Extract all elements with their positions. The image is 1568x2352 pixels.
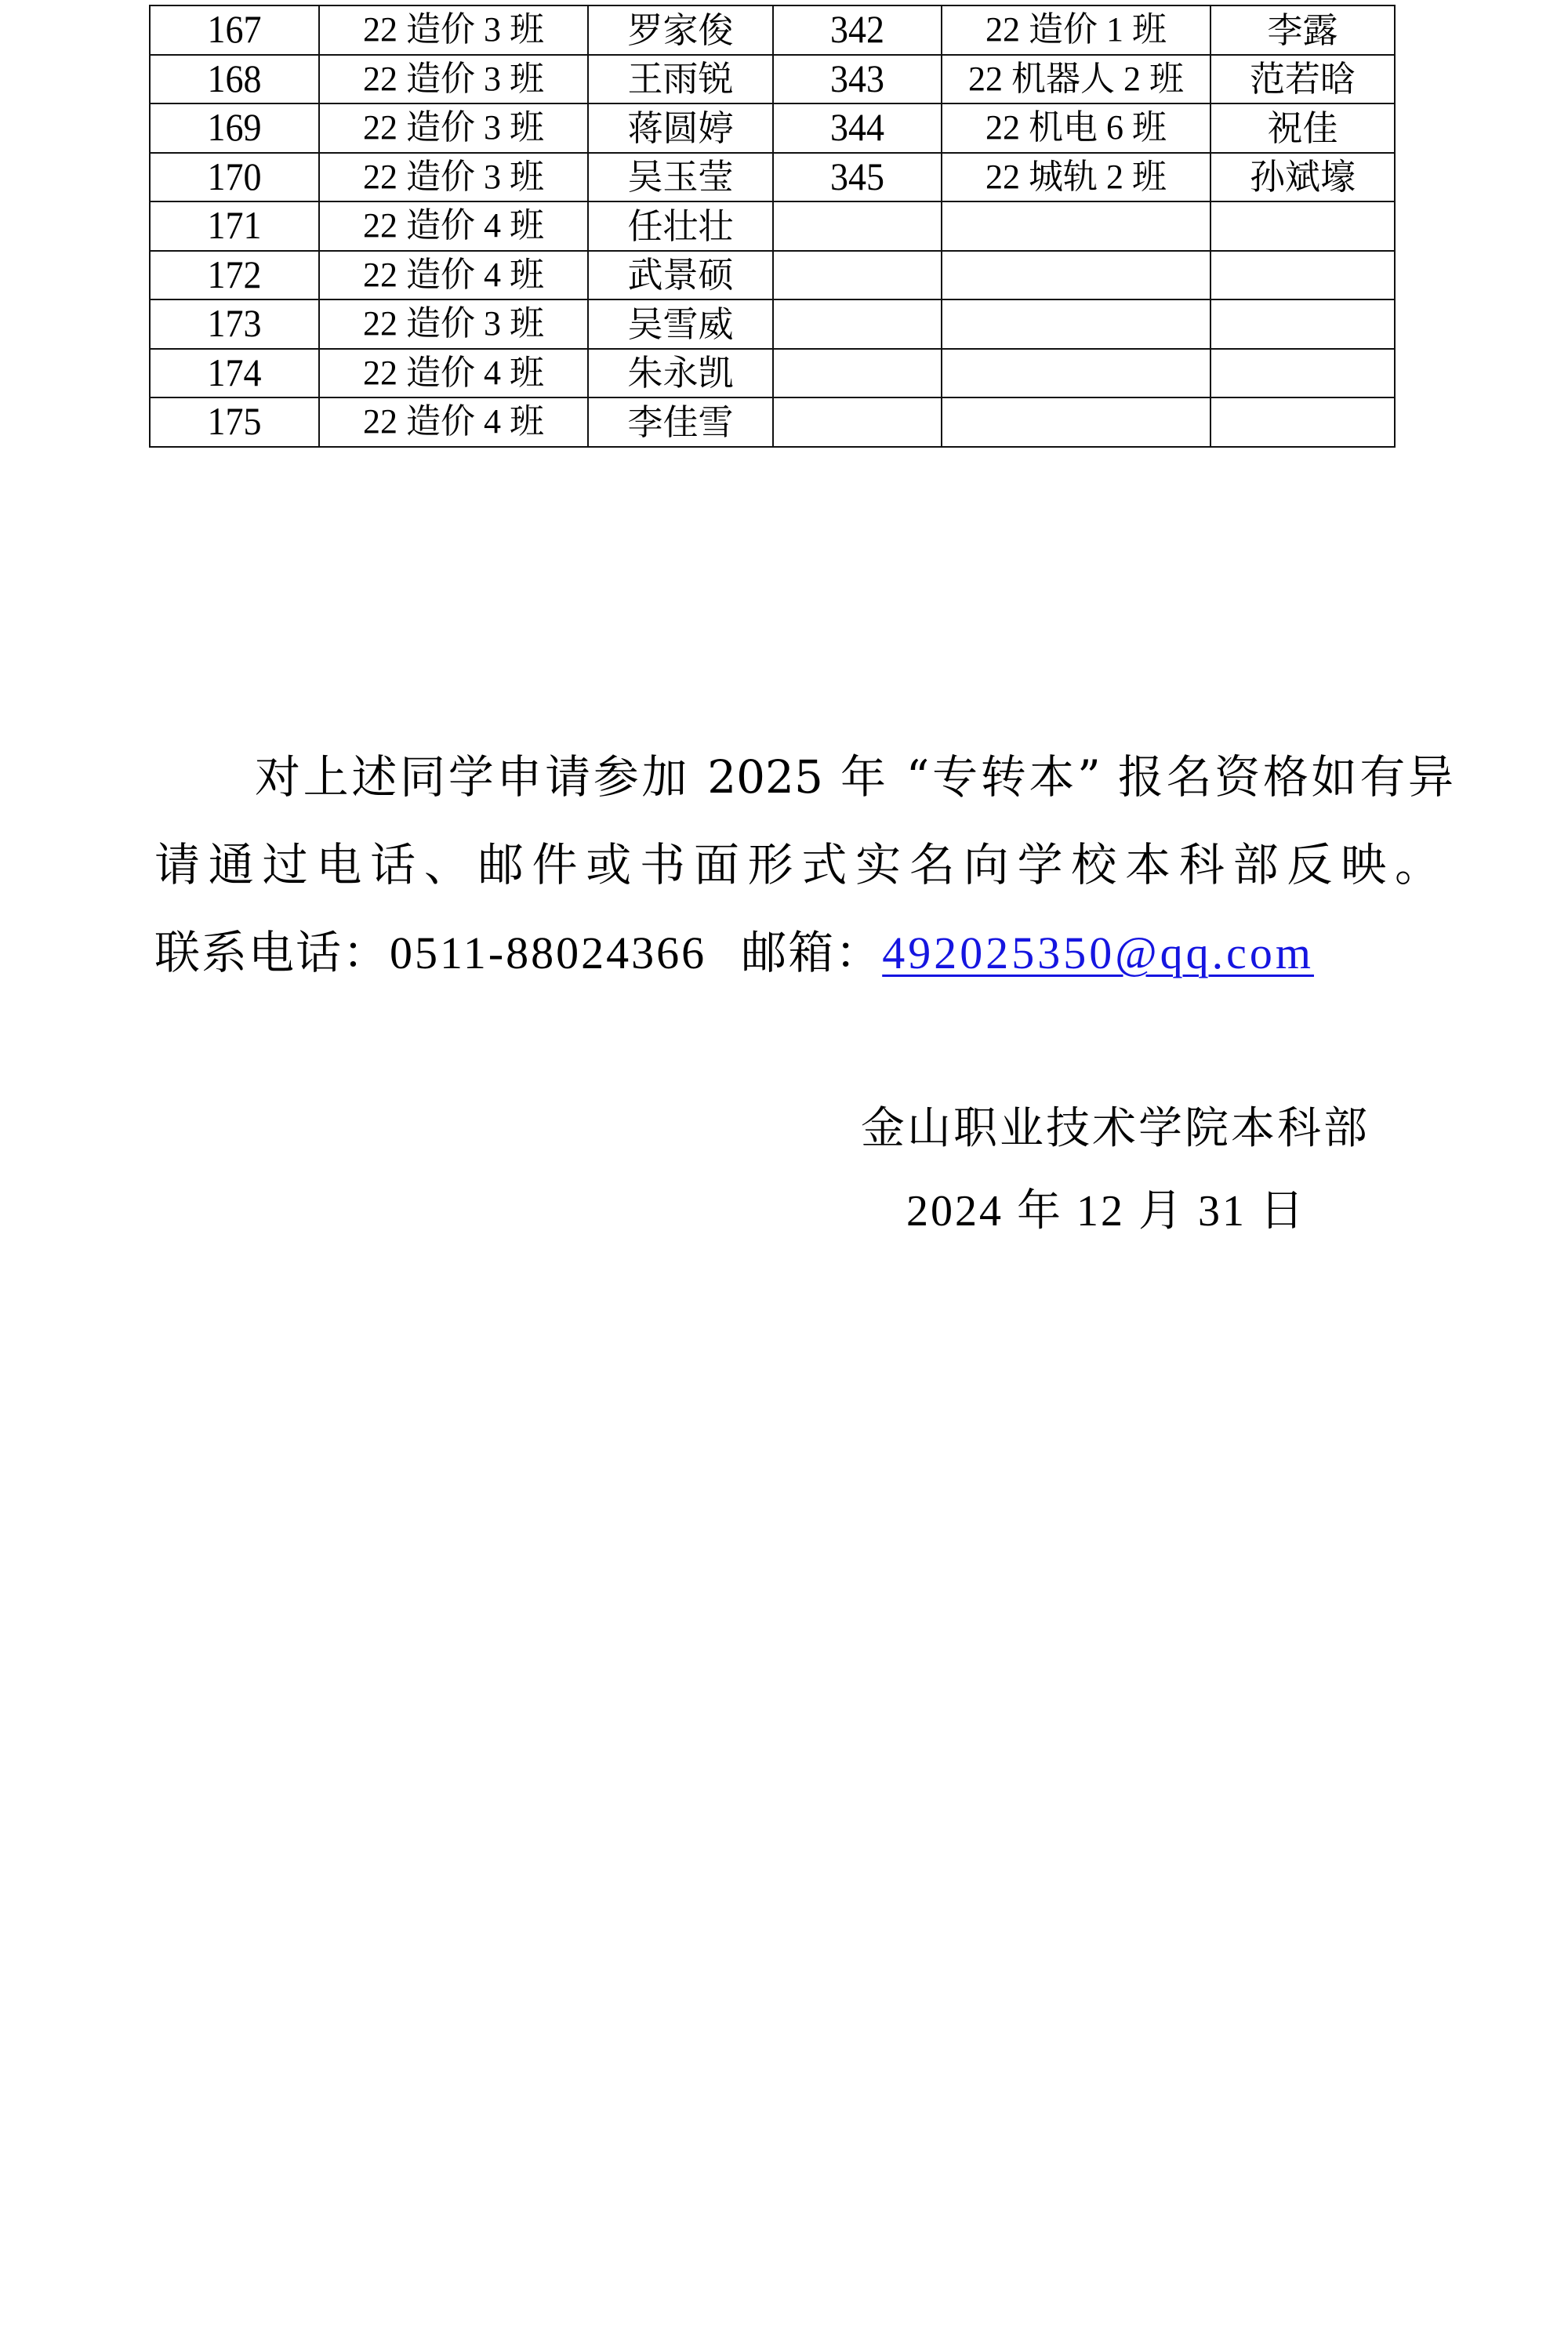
cell-left-number: 173 [150,299,319,349]
notice-line-2: 请通过电话、邮件或书面形式实名向学校本科部反映。 [154,837,1440,892]
cell-text: 吴玉莹 [627,156,733,198]
cell-text: 22 机器人 2 班 [968,60,1184,98]
cell-right-number [773,201,942,251]
cell-right-number: 342 [773,5,942,55]
cell-text: 343 [830,60,884,99]
signature-date-text: 2024 年 12 月 31 日 [906,1187,1306,1236]
cell-left-class: 22 造价 4 班 [319,201,588,251]
signature-date: 2024 年 12 月 31 日 [906,1184,1306,1239]
cell-left-number: 167 [150,5,319,55]
cell-right-class [942,349,1210,398]
cell-right-class [942,397,1210,447]
contact-line: 联系电话：0511-88024366邮箱：492025350@qq.com [154,925,1314,981]
table-row: 17422 造价 4 班朱永凯 [150,349,1395,398]
cell-left-name: 吴雪威 [588,299,773,349]
roster-body: 16722 造价 3 班罗家俊34222 造价 1 班李露16822 造价 3 … [150,5,1395,447]
cell-text: 罗家俊 [627,9,733,51]
cell-text: 吴雪威 [627,303,733,345]
cell-left-number: 172 [150,251,319,300]
cell-text: 22 造价 3 班 [363,10,544,49]
cell-left-class: 22 造价 3 班 [319,103,588,153]
email-label: 邮箱： [741,926,882,979]
cell-text: 175 [208,402,262,441]
cell-left-number: 168 [150,55,319,104]
cell-right-class: 22 机电 6 班 [942,103,1210,153]
cell-text: 王雨锐 [627,58,733,100]
cell-text: 22 造价 3 班 [363,60,544,98]
cell-left-number: 171 [150,201,319,251]
cell-right-number: 344 [773,103,942,153]
phone-number: 0511-88024366 [390,927,706,978]
table-row: 16722 造价 3 班罗家俊34222 造价 1 班李露 [150,5,1395,55]
cell-text: 172 [208,256,262,295]
cell-right-name [1210,397,1395,447]
cell-left-name: 王雨锐 [588,55,773,104]
cell-text: 22 造价 1 班 [985,10,1167,49]
table-row: 17222 造价 4 班武景硕 [150,251,1395,300]
cell-left-class: 22 造价 3 班 [319,55,588,104]
cell-right-class [942,251,1210,300]
cell-left-number: 174 [150,349,319,398]
cell-right-class [942,201,1210,251]
cell-text: 李佳雪 [627,401,733,443]
cell-left-name: 罗家俊 [588,5,773,55]
cell-right-name [1210,349,1395,398]
cell-text: 朱永凯 [627,352,733,394]
cell-right-name [1210,251,1395,300]
roster-table: 16722 造价 3 班罗家俊34222 造价 1 班李露16822 造价 3 … [149,5,1396,448]
cell-right-number [773,397,942,447]
cell-left-number: 170 [150,153,319,202]
cell-left-class: 22 造价 4 班 [319,397,588,447]
table-row: 17522 造价 4 班李佳雪 [150,397,1395,447]
table-row: 16822 造价 3 班王雨锐34322 机器人 2 班范若晗 [150,55,1395,104]
cell-text: 范若晗 [1250,58,1356,100]
phone-label: 联系电话： [154,926,390,979]
cell-text: 22 机电 6 班 [985,108,1167,147]
cell-right-class [942,299,1210,349]
cell-right-class: 22 城轨 2 班 [942,153,1210,202]
cell-right-number: 343 [773,55,942,104]
cell-text: 22 造价 3 班 [363,108,544,147]
cell-left-class: 22 造价 3 班 [319,5,588,55]
email-link[interactable]: 492025350@qq.com [882,927,1314,978]
cell-text: 342 [830,10,884,49]
cell-text: 170 [208,158,262,197]
cell-text: 任壮壮 [627,205,733,247]
cell-right-name: 范若晗 [1210,55,1395,104]
cell-text: 174 [208,354,262,393]
cell-left-class: 22 造价 3 班 [319,153,588,202]
cell-right-name: 祝佳 [1210,103,1395,153]
cell-left-class: 22 造价 3 班 [319,299,588,349]
cell-left-number: 175 [150,397,319,447]
cell-text: 173 [208,304,262,343]
cell-text: 171 [208,206,262,245]
table-row: 16922 造价 3 班蒋圆婷34422 机电 6 班祝佳 [150,103,1395,153]
cell-text: 22 造价 3 班 [363,158,544,196]
cell-text: 344 [830,108,884,147]
cell-text: 169 [208,108,262,147]
cell-right-number [773,299,942,349]
cell-text: 22 造价 4 班 [363,206,544,245]
cell-left-class: 22 造价 4 班 [319,349,588,398]
cell-text: 168 [208,60,262,99]
table-row: 17322 造价 3 班吴雪威 [150,299,1395,349]
cell-right-class: 22 机器人 2 班 [942,55,1210,104]
cell-left-name: 蒋圆婷 [588,103,773,153]
cell-right-name [1210,299,1395,349]
cell-right-number: 345 [773,153,942,202]
cell-left-name: 武景硕 [588,251,773,300]
cell-left-class: 22 造价 4 班 [319,251,588,300]
cell-text: 孙斌壕 [1250,156,1356,198]
cell-text: 22 城轨 2 班 [985,158,1167,196]
table-row: 17022 造价 3 班吴玉莹34522 城轨 2 班孙斌壕 [150,153,1395,202]
cell-text: 22 造价 4 班 [363,354,544,392]
cell-text: 22 造价 4 班 [363,402,544,441]
cell-text: 蒋圆婷 [627,107,733,149]
table-row: 17122 造价 4 班任壮壮 [150,201,1395,251]
cell-right-name [1210,201,1395,251]
cell-left-name: 朱永凯 [588,349,773,398]
cell-text: 22 造价 4 班 [363,256,544,294]
cell-left-name: 任壮壮 [588,201,773,251]
cell-right-number [773,349,942,398]
cell-text: 李露 [1267,9,1338,51]
cell-text: 祝佳 [1267,107,1338,149]
cell-text: 武景硕 [627,254,733,296]
signature-org: 金山职业技术学院本科部 [861,1102,1370,1156]
cell-text: 167 [208,10,262,49]
cell-right-name: 李露 [1210,5,1395,55]
cell-text: 345 [830,158,884,197]
cell-left-number: 169 [150,103,319,153]
cell-text: 22 造价 3 班 [363,304,544,343]
cell-right-name: 孙斌壕 [1210,153,1395,202]
cell-right-class: 22 造价 1 班 [942,5,1210,55]
notice-line-1: 对上述同学申请参加 2025 年 “专转本” 报名资格如有异议， [255,750,1454,804]
cell-left-name: 李佳雪 [588,397,773,447]
cell-right-number [773,251,942,300]
cell-left-name: 吴玉莹 [588,153,773,202]
